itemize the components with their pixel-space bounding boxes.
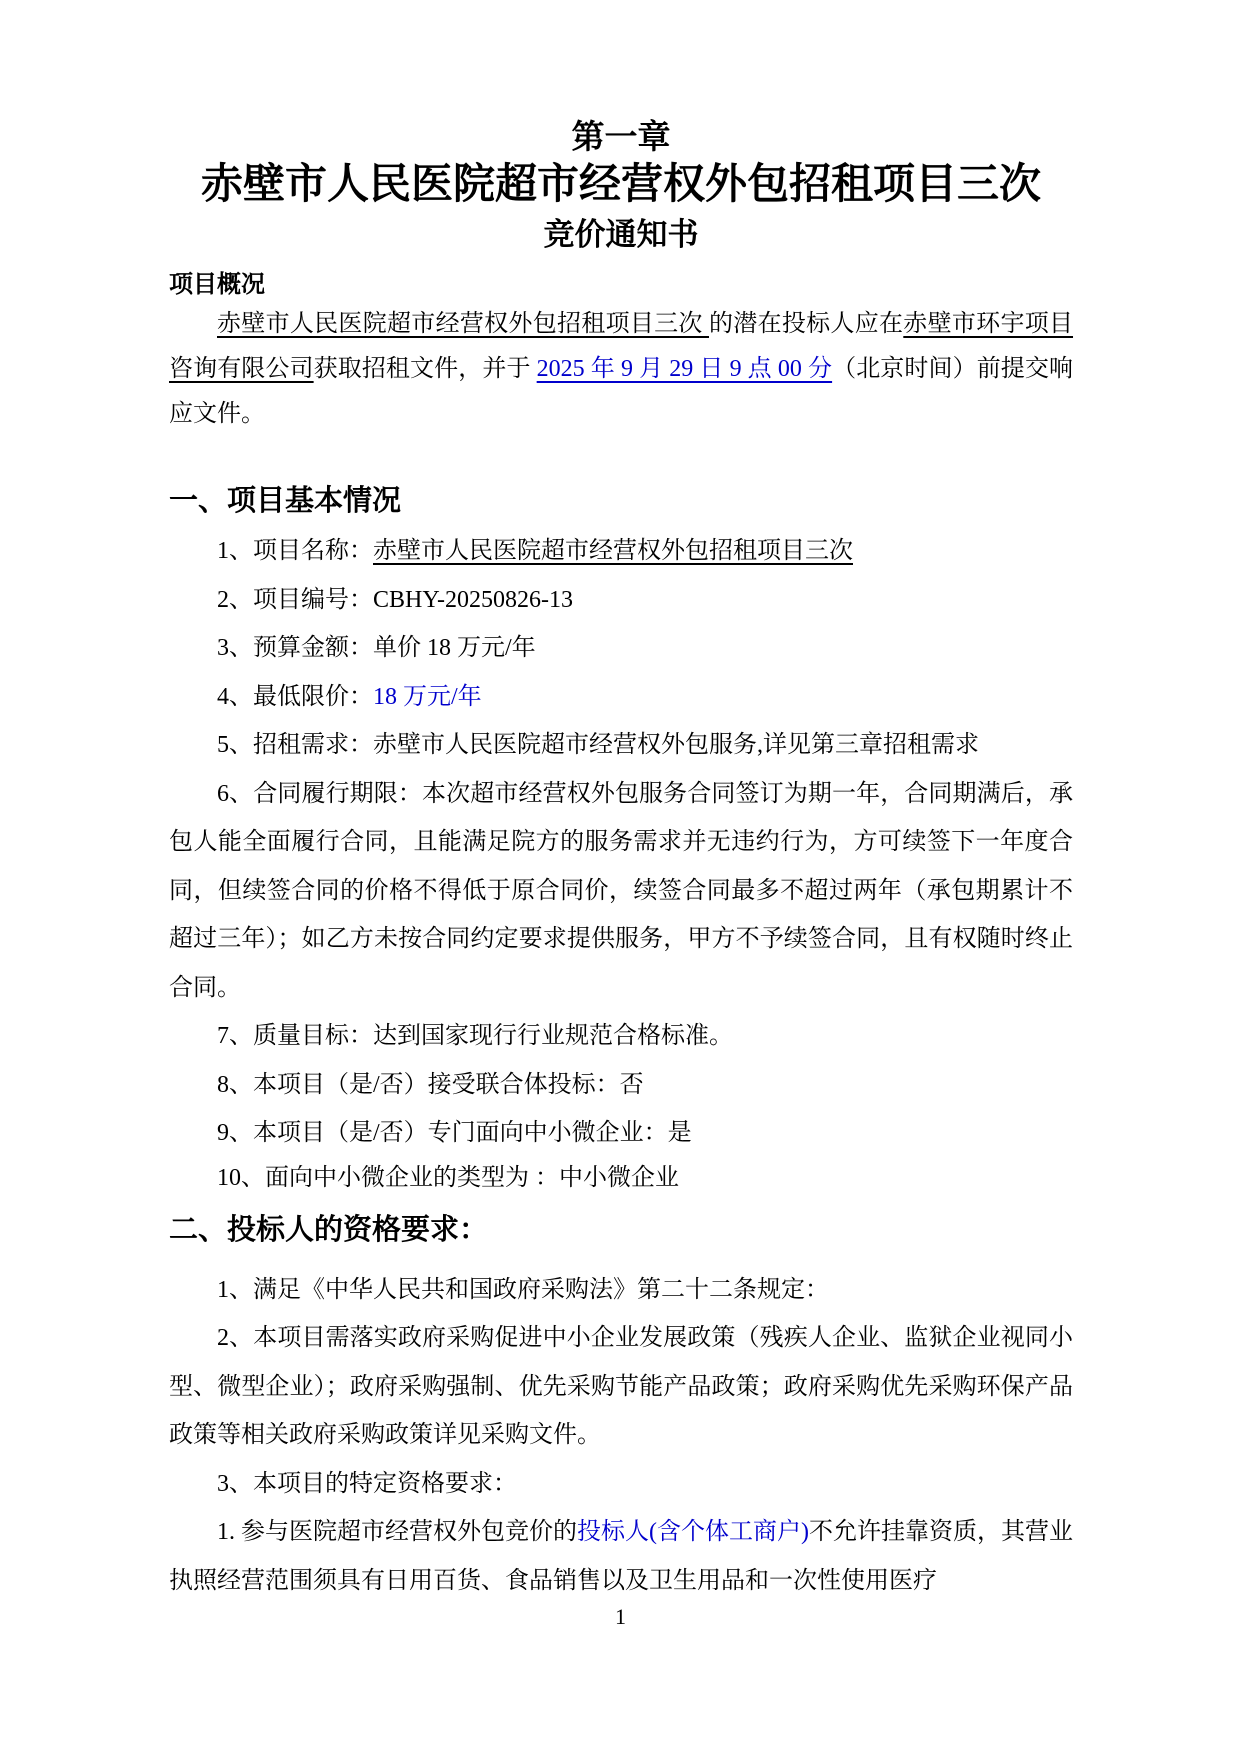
item4-min-price-value: 18 万元/年 [373, 684, 482, 710]
section1-item-1: 1、项目名称：赤壁市人民医院超市经营权外包招租项目三次 [169, 527, 1073, 576]
section1-item-7: 7、质量目标：达到国家现行行业规范合格标准。 [169, 1012, 1073, 1061]
item1-project-name-underlined: 赤壁市人民医院超市经营权外包招租项目三次 [373, 538, 853, 564]
document-content: 第一章 赤壁市人民医院超市经营权外包招租项目三次 竞价通知书 项目概况 赤壁市人… [169, 0, 1073, 1605]
intro-paragraph: 赤壁市人民医院超市经营权外包招租项目三次 的潜在投标人应在赤壁市环宇项目咨询有限… [169, 302, 1073, 437]
document-subtitle: 竞价通知书 [169, 212, 1073, 258]
section1-item-4: 4、最低限价：18 万元/年 [169, 673, 1073, 722]
section2-item-3: 3、本项目的特定资格要求： [169, 1460, 1073, 1509]
section2-item-2: 2、本项目需落实政府采购促进中小企业发展政策（残疾人企业、监狱企业视同小型、微型… [169, 1314, 1073, 1460]
page-number: 1 [0, 1603, 1241, 1631]
intro-text-2: 获取招租文件，并于 [314, 356, 537, 382]
document-title: 赤壁市人民医院超市经营权外包招租项目三次 [169, 158, 1073, 212]
bidder-scope-highlight: 投标人(含个体工商户) [577, 1519, 809, 1545]
section2-heading: 二、投标人的资格要求： [169, 1210, 1073, 1250]
section2-item-1: 1、满足《中华人民共和国政府采购法》第二十二条规定： [169, 1266, 1073, 1315]
section1-item-9: 9、本项目（是/否）专门面向中小微企业：是 [169, 1109, 1073, 1158]
section1-item-3: 3、预算金额：单价 18 万元/年 [169, 624, 1073, 673]
chapter-heading: 第一章 [169, 118, 1073, 158]
deadline-link[interactable]: 2025 年 9 月 29 日 9 点 00 分 [537, 356, 832, 382]
item4-text-pre: 1. 参与医院超市经营权外包竞价的 [217, 1519, 577, 1545]
item1-label: 1、项目名称： [217, 538, 373, 564]
section1-item-5: 5、招租需求：赤壁市人民医院超市经营权外包服务,详见第三章招租需求 [169, 721, 1073, 770]
item4-label: 4、最低限价： [217, 684, 373, 710]
section1-item-2: 2、项目编号：CBHY-20250826-13 [169, 576, 1073, 625]
intro-text-1: 的潜在投标人应在 [709, 311, 903, 337]
section1-heading: 一、项目基本情况 [169, 481, 1073, 521]
document-page: 第一章 赤壁市人民医院超市经营权外包招租项目三次 竞价通知书 项目概况 赤壁市人… [0, 0, 1241, 1755]
overview-heading: 项目概况 [169, 268, 1073, 302]
section1-item-6: 6、合同履行期限：本次超市经营权外包服务合同签订为期一年，合同期满后，承包人能全… [169, 770, 1073, 1013]
section2-item-4: 1. 参与医院超市经营权外包竞价的投标人(含个体工商户)不允许挂靠资质，其营业执… [169, 1508, 1073, 1605]
section1-item-10: 10、面向中小微企业的类型为 ：中小微企业 [169, 1158, 1073, 1198]
section1-item-8: 8、本项目（是/否）接受联合体投标：否 [169, 1061, 1073, 1110]
project-name-underlined: 赤壁市人民医院超市经营权外包招租项目三次 [217, 311, 709, 337]
